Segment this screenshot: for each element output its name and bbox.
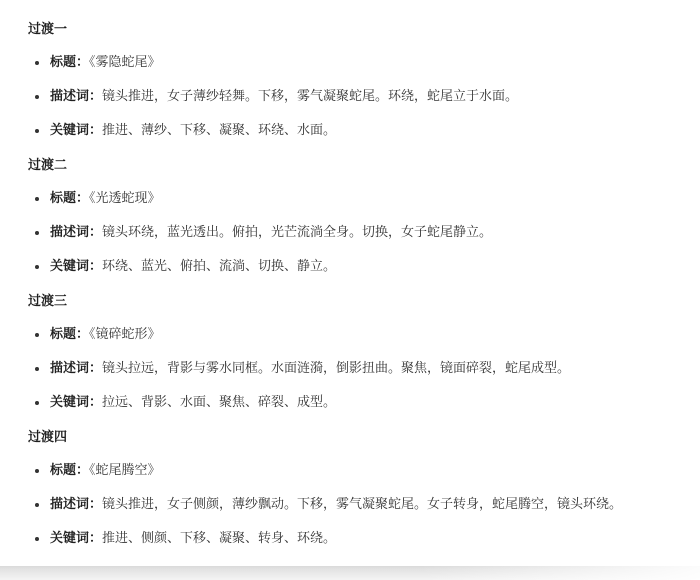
bullet-icon — [35, 231, 39, 235]
section-transition-3: 过渡三 标题：《镜碎蛇形》 描述词：镜头拉远，背影与雾水同框。水面涟漪，倒影扭曲… — [28, 290, 648, 414]
item-value: 《雾隐蛇尾》 — [89, 55, 161, 70]
list-item-title: 标题：《雾隐蛇尾》 — [28, 52, 648, 74]
bullet-icon — [35, 367, 39, 371]
item-label: 关键词： — [50, 531, 102, 546]
bullet-icon — [35, 401, 39, 405]
document-page: 过渡一 标题：《雾隐蛇尾》 描述词：镜头推进，女子薄纱轻舞。下移，雾气凝聚蛇尾。… — [0, 0, 700, 566]
bullet-list: 标题：《雾隐蛇尾》 描述词：镜头推进，女子薄纱轻舞。下移，雾气凝聚蛇尾。环绕，蛇… — [28, 52, 648, 142]
document-content: 过渡一 标题：《雾隐蛇尾》 描述词：镜头推进，女子薄纱轻舞。下移，雾气凝聚蛇尾。… — [28, 18, 648, 562]
list-item-keywords: 关键词：环绕、蓝光、俯拍、流淌、切换、静立。 — [28, 256, 648, 278]
bullet-list: 标题：《蛇尾腾空》 描述词：镜头推进，女子侧颜，薄纱飘动。下移，雾气凝聚蛇尾。女… — [28, 460, 648, 550]
list-item-title: 标题：《镜碎蛇形》 — [28, 324, 648, 346]
item-label: 标题： — [50, 327, 89, 342]
list-item-description: 描述词：镜头拉远，背影与雾水同框。水面涟漪，倒影扭曲。聚焦，镜面碎裂，蛇尾成型。 — [28, 358, 648, 380]
bullet-icon — [35, 333, 39, 337]
item-label: 关键词： — [50, 395, 102, 410]
bullet-icon — [35, 537, 39, 541]
section-heading: 过渡一 — [28, 18, 648, 42]
item-label: 描述词： — [50, 225, 102, 240]
list-item-keywords: 关键词：拉远、背影、水面、聚焦、碎裂、成型。 — [28, 392, 648, 414]
item-label: 描述词： — [50, 89, 102, 104]
section-transition-2: 过渡二 标题：《光透蛇现》 描述词：镜头环绕，蓝光透出。俯拍，光芒流淌全身。切换… — [28, 154, 648, 278]
item-value: 环绕、蓝光、俯拍、流淌、切换、静立。 — [102, 259, 336, 274]
bullet-icon — [35, 265, 39, 269]
section-transition-4: 过渡四 标题：《蛇尾腾空》 描述词：镜头推进，女子侧颜，薄纱飘动。下移，雾气凝聚… — [28, 426, 648, 550]
item-label: 标题： — [50, 463, 89, 478]
item-value: 《光透蛇现》 — [89, 191, 161, 206]
bullet-list: 标题：《镜碎蛇形》 描述词：镜头拉远，背影与雾水同框。水面涟漪，倒影扭曲。聚焦，… — [28, 324, 648, 414]
item-label: 标题： — [50, 55, 89, 70]
item-label: 关键词： — [50, 259, 102, 274]
shadow-fade — [0, 566, 700, 580]
item-label: 描述词： — [50, 361, 102, 376]
list-item-keywords: 关键词：推进、薄纱、下移、凝聚、环绕、水面。 — [28, 120, 648, 142]
bullet-icon — [35, 503, 39, 507]
list-item-description: 描述词：镜头推进，女子薄纱轻舞。下移，雾气凝聚蛇尾。环绕，蛇尾立于水面。 — [28, 86, 648, 108]
item-value: 推进、薄纱、下移、凝聚、环绕、水面。 — [102, 123, 336, 138]
bullet-list: 标题：《光透蛇现》 描述词：镜头环绕，蓝光透出。俯拍，光芒流淌全身。切换，女子蛇… — [28, 188, 648, 278]
item-value: 镜头推进，女子薄纱轻舞。下移，雾气凝聚蛇尾。环绕，蛇尾立于水面。 — [102, 89, 518, 104]
section-heading: 过渡四 — [28, 426, 648, 450]
item-label: 关键词： — [50, 123, 102, 138]
item-value: 推进、侧颜、下移、凝聚、转身、环绕。 — [102, 531, 336, 546]
item-value: 镜头环绕，蓝光透出。俯拍，光芒流淌全身。切换，女子蛇尾静立。 — [102, 225, 492, 240]
section-heading: 过渡二 — [28, 154, 648, 178]
section-heading: 过渡三 — [28, 290, 648, 314]
bullet-icon — [35, 61, 39, 65]
item-label: 标题： — [50, 191, 89, 206]
bullet-icon — [35, 469, 39, 473]
section-transition-1: 过渡一 标题：《雾隐蛇尾》 描述词：镜头推进，女子薄纱轻舞。下移，雾气凝聚蛇尾。… — [28, 18, 648, 142]
bullet-icon — [35, 95, 39, 99]
list-item-description: 描述词：镜头推进，女子侧颜，薄纱飘动。下移，雾气凝聚蛇尾。女子转身，蛇尾腾空，镜… — [28, 494, 648, 516]
item-value: 《蛇尾腾空》 — [89, 463, 161, 478]
list-item-description: 描述词：镜头环绕，蓝光透出。俯拍，光芒流淌全身。切换，女子蛇尾静立。 — [28, 222, 648, 244]
item-value: 镜头推进，女子侧颜，薄纱飘动。下移，雾气凝聚蛇尾。女子转身，蛇尾腾空，镜头环绕。 — [102, 497, 622, 512]
item-value: 拉远、背影、水面、聚焦、碎裂、成型。 — [102, 395, 336, 410]
item-label: 描述词： — [50, 497, 102, 512]
list-item-title: 标题：《蛇尾腾空》 — [28, 460, 648, 482]
item-value: 《镜碎蛇形》 — [89, 327, 161, 342]
bullet-icon — [35, 197, 39, 201]
list-item-keywords: 关键词：推进、侧颜、下移、凝聚、转身、环绕。 — [28, 528, 648, 550]
list-item-title: 标题：《光透蛇现》 — [28, 188, 648, 210]
bullet-icon — [35, 129, 39, 133]
item-value: 镜头拉远，背影与雾水同框。水面涟漪，倒影扭曲。聚焦，镜面碎裂，蛇尾成型。 — [102, 361, 570, 376]
